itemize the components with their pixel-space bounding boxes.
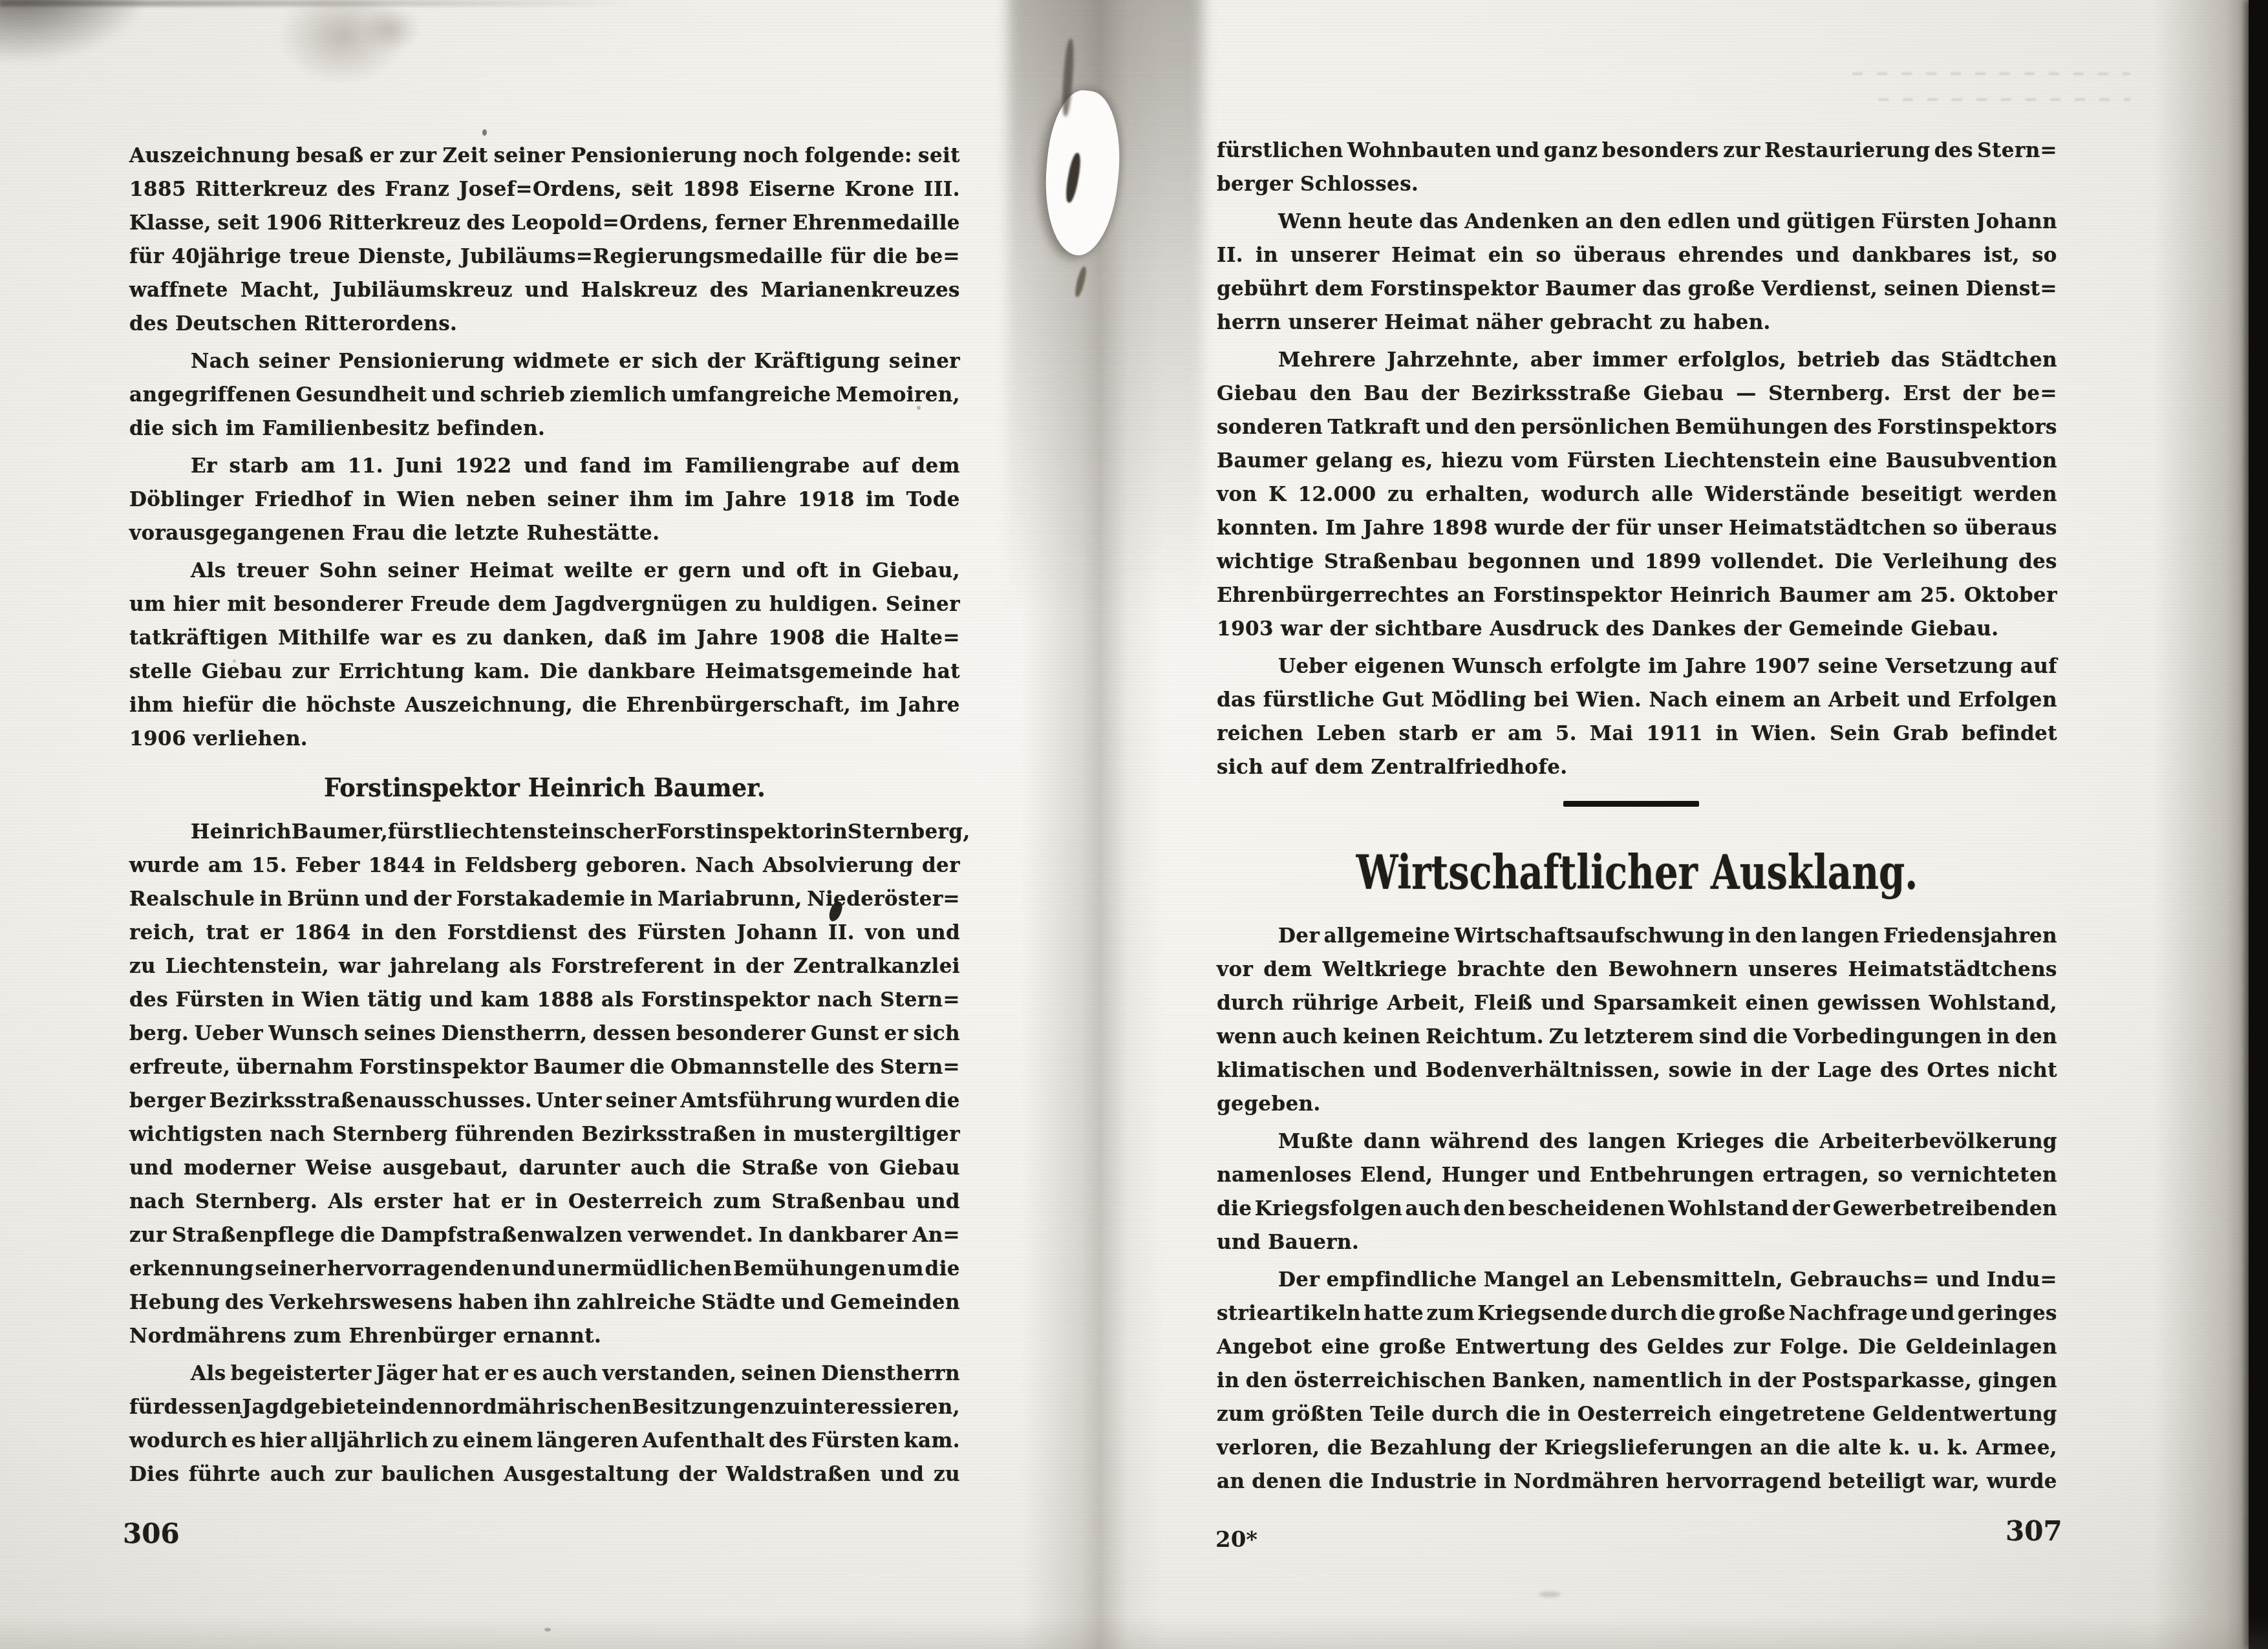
text-line: wichtigstennachSternbergführendenBezirks…: [129, 1118, 960, 1151]
word: zur: [292, 655, 329, 688]
word: Weise: [306, 1151, 372, 1185]
word: nach: [129, 1185, 185, 1218]
word: starb: [1399, 717, 1459, 750]
word: Kräftigung: [754, 345, 880, 378]
word: Industrie: [1371, 1465, 1477, 1498]
word: von: [865, 916, 905, 950]
word: des: [769, 1424, 808, 1458]
word: unseres: [1748, 953, 1838, 986]
word: Waldstraßen: [726, 1458, 871, 1491]
word: Gut: [1382, 683, 1424, 717]
word: Vorbedingungen: [1793, 1020, 1982, 1054]
text-line: Klasse,seit1906RitterkreuzdesLeopold=Ord…: [129, 206, 960, 240]
word: Straßenpflege: [172, 1218, 335, 1252]
text-line: erfreute,übernahmForstinspektorBaumerdie…: [129, 1050, 960, 1084]
word: Sein: [1830, 717, 1880, 750]
word: Ausgestaltung: [504, 1458, 669, 1491]
word: in: [379, 1390, 401, 1424]
word: Bezirksstraßenausschusses.: [209, 1084, 532, 1118]
word: letzterem: [1584, 1020, 1694, 1054]
word: 1864: [294, 916, 351, 950]
word: heute: [1348, 205, 1413, 239]
word: vernichteten: [1912, 1158, 2057, 1192]
word: Jahre: [899, 688, 960, 722]
word: des: [710, 273, 749, 307]
text-line: zumgrößtenTeiledurchdieinOesterreicheing…: [1217, 1398, 2057, 1431]
word: Ehrenbürgerrechtes: [1217, 579, 1449, 612]
paragraph: AlsbegeisterterJägerhateresauchverstande…: [129, 1357, 960, 1491]
word: Sternberg.: [195, 1185, 318, 1218]
word: große: [1379, 1330, 1446, 1364]
word: im: [685, 483, 714, 516]
word: zu: [775, 1390, 801, 1424]
paragraph: DerallgemeineWirtschaftsaufschwungindenl…: [1217, 919, 2057, 1121]
word: es: [231, 1424, 256, 1458]
word: Sternberg: [332, 1118, 447, 1151]
word: Straßenbau: [1324, 545, 1458, 579]
word: um: [888, 1252, 924, 1286]
word: betrieb: [1797, 343, 1880, 377]
word: er: [370, 139, 394, 173]
word: wichtige: [1217, 545, 1314, 579]
word: Pensionierung: [339, 345, 505, 378]
word: Der: [1278, 919, 1320, 953]
text-line: AlsbegeisterterJägerhateresauchverstande…: [129, 1357, 960, 1390]
word: in: [1256, 239, 1278, 272]
word: nach: [270, 1118, 325, 1151]
word: Wunsch: [268, 1017, 359, 1050]
printer-signature: 20*: [1215, 1527, 1257, 1553]
word: Josef=Ordens,: [459, 173, 623, 206]
word: Freude: [411, 588, 491, 621]
word: zum: [713, 1185, 761, 1218]
word: 1885: [129, 173, 186, 206]
word: nicht: [1998, 1054, 2057, 1087]
word: treue: [289, 240, 350, 273]
word: erhalten,: [1426, 478, 1530, 511]
word: Heimatstädtchen: [1729, 511, 1927, 545]
word: verstanden,: [603, 1357, 737, 1390]
word: noch: [743, 139, 798, 173]
word: den: [2015, 1020, 2057, 1054]
text-line: dasfürstlicheGutMödlingbeiWien.Nacheinem…: [1217, 683, 2057, 717]
word: Familiengrabe: [685, 449, 850, 483]
word: das: [1217, 683, 1256, 717]
word: zu: [934, 1458, 960, 1491]
word: Gunst: [811, 1017, 879, 1050]
word: Arbeiterbevölkerung: [1819, 1125, 2057, 1158]
word: in: [764, 1118, 786, 1151]
word: Als: [191, 554, 226, 588]
word: seiner: [494, 139, 565, 173]
word: Baumer: [1217, 444, 1307, 478]
word: moderner: [184, 1151, 295, 1185]
word: zur: [1733, 1330, 1771, 1364]
word: und: [781, 1286, 825, 1319]
word: für: [129, 240, 164, 273]
word: verloren,: [1217, 1431, 1320, 1465]
word: durch: [1610, 1297, 1678, 1330]
word: unserer: [1290, 239, 1379, 272]
word: Ehrenmedaille: [793, 206, 960, 240]
word: bescheidenen: [1508, 1192, 1665, 1226]
word: Wien.: [1576, 683, 1642, 717]
word: be=: [915, 240, 960, 273]
word: Ortes: [1927, 1054, 1990, 1087]
word: den: [1474, 410, 1516, 444]
gutter-crease-shadow: [1022, 0, 1164, 1649]
word: rührige: [1292, 986, 1379, 1020]
word: der: [707, 345, 745, 378]
word: auch: [1282, 1020, 1338, 1054]
word: starb: [230, 449, 289, 483]
text-line: wennauchkeinenReichtum.Zuletzteremsinddi…: [1217, 1020, 2057, 1054]
word: Als: [191, 1357, 226, 1390]
word: Geldes: [1647, 1330, 1724, 1364]
word: Eiserne: [749, 173, 835, 206]
word: Bodenverhältnissen,: [1426, 1054, 1660, 1087]
word: Giebau: [879, 1151, 960, 1185]
word: große: [1688, 272, 1755, 306]
word: Versetzung: [1885, 650, 2013, 683]
word: zu: [466, 621, 493, 655]
word: namenloses: [1217, 1158, 1352, 1192]
word: des: [1834, 410, 1872, 444]
word: einen: [1746, 986, 1809, 1020]
word: Gebrauchs=: [1790, 1263, 1929, 1297]
word: es: [513, 1357, 537, 1390]
word: berg.: [129, 1017, 189, 1050]
text-line: umhiermitbesondererFreudedemJagdvergnüge…: [129, 588, 960, 621]
word: ein: [1488, 239, 1524, 272]
word: gewissen: [1817, 986, 1921, 1020]
word: darunter: [519, 1151, 621, 1185]
word: huldigen.: [769, 588, 879, 621]
word: so: [1536, 239, 1561, 272]
word: Städtchen: [1941, 343, 2057, 377]
word: Obmannstelle: [670, 1050, 829, 1084]
word: Jäger: [376, 1357, 438, 1390]
word: Wohnbauten: [1347, 134, 1492, 167]
word: keinen: [1343, 1020, 1420, 1054]
text-line: fürstlichenWohnbautenundganzbesonderszur…: [1217, 134, 2057, 167]
word: danken,: [503, 621, 595, 655]
paragraph: UebereigenenWunscherfolgteimJahre1907sei…: [1217, 650, 2057, 784]
word: Geldentwertung: [1872, 1398, 2057, 1431]
word: interessieren,: [801, 1390, 960, 1424]
word: an: [1793, 683, 1821, 717]
word: 1907: [1754, 650, 1811, 683]
word: Dies: [129, 1458, 179, 1491]
word: ziemlich: [570, 378, 667, 412]
text-line: undmodernerWeiseausgebaut,darunterauchdi…: [129, 1151, 960, 1185]
word: seiner: [259, 345, 330, 378]
section-divider: [1563, 801, 1699, 807]
word: wurde: [1495, 511, 1565, 545]
text-line: RealschuleinBrünnundderForstakademieinMa…: [129, 882, 960, 916]
word: zu: [433, 1424, 459, 1458]
word: seiner: [547, 483, 618, 516]
word: dem: [912, 449, 960, 483]
word: werden: [1974, 478, 2057, 511]
page-number-left: 306: [123, 1518, 180, 1549]
word: zum: [1427, 1297, 1475, 1330]
word: ehrendes: [1678, 239, 1784, 272]
word: Nordmähren: [1514, 1465, 1659, 1498]
text-line: die sich im Familienbesitz befinden.: [129, 412, 960, 445]
text-line: vordemWeltkriegebrachtedenBewohnernunser…: [1217, 953, 2057, 986]
word: Mangel: [1484, 1263, 1570, 1297]
word: Angebot: [1217, 1330, 1312, 1364]
word: in: [1716, 717, 1738, 750]
word: gebührt: [1217, 272, 1309, 306]
text-line: AuszeichnungbesaßerzurZeitseinerPensioni…: [129, 139, 960, 173]
word: Aufenthalt: [643, 1424, 765, 1458]
word: Heimatstädtchens: [1848, 953, 2057, 986]
word: nordmährischen: [444, 1390, 632, 1424]
word: dankbarer: [788, 1218, 907, 1252]
word: Sohn: [319, 554, 378, 588]
word: auch: [542, 1357, 598, 1390]
word: immer: [1592, 343, 1667, 377]
word: hier: [260, 1424, 306, 1458]
word: Niederöster=: [807, 882, 960, 916]
word: er: [501, 1185, 525, 1218]
word: hervorragenden: [327, 1252, 511, 1286]
word: den: [395, 916, 437, 950]
word: Zentralkanzlei: [793, 950, 960, 983]
word: Andenken: [1464, 205, 1579, 239]
word: und: [1373, 1054, 1417, 1087]
word: besaß: [296, 139, 364, 173]
word: Stern=: [880, 1050, 960, 1084]
word: Dampfstraßenwalzen: [381, 1218, 623, 1252]
word: des: [835, 1050, 874, 1084]
text-line: und Bauern.: [1217, 1226, 2057, 1259]
text-line: sich auf dem Zentralfriedhofe.: [1217, 750, 2057, 784]
text-line: UebereigenenWunscherfolgteimJahre1907sei…: [1217, 650, 2057, 683]
word: zu: [129, 950, 156, 983]
word: des: [129, 983, 168, 1017]
text-line: sonderenTatkraftunddenpersönlichenBemühu…: [1217, 410, 2057, 444]
word: erfolgte: [1550, 650, 1642, 683]
word: 1844: [369, 849, 425, 882]
word: In: [758, 1218, 783, 1252]
text-line: wichtigeStraßenbaubegonnenund1899vollend…: [1217, 545, 2057, 579]
word: hatte: [1364, 1297, 1424, 1330]
word: Jahre: [1363, 511, 1424, 545]
word: das: [1642, 272, 1681, 306]
word: jahrelang: [390, 950, 500, 983]
ink-bleedthrough: [1852, 72, 2130, 75]
word: II.: [828, 916, 855, 950]
word: alljährlich: [310, 1424, 429, 1458]
word: Tatkraft: [1328, 410, 1420, 444]
word: Banken,: [1492, 1364, 1587, 1398]
word: Bezirksstraßen: [581, 1118, 756, 1151]
text-line: konnten.ImJahre1898wurdederfürunserHeima…: [1217, 511, 2057, 545]
word: in: [1987, 1020, 2010, 1054]
word: Ritterkreuz: [328, 206, 460, 240]
word: im: [860, 688, 889, 722]
word: den: [1464, 1192, 1506, 1226]
speck-artifact: [1539, 1591, 1561, 1597]
word: Johann: [736, 916, 817, 950]
word: Baumer: [533, 1050, 624, 1084]
word: Ritterkreuz: [195, 173, 327, 206]
word: führte: [189, 1458, 261, 1491]
text-line: herrn unserer Heimat näher gebracht zu h…: [1217, 306, 2057, 339]
word: 1918: [798, 483, 855, 516]
word: den: [1620, 205, 1662, 239]
word: längeren: [537, 1424, 639, 1458]
word: im: [866, 483, 895, 516]
word: an: [1576, 1263, 1604, 1297]
word: reichen: [1217, 717, 1303, 750]
word: Juni: [396, 449, 443, 483]
word: Im: [1325, 511, 1356, 545]
word: und: [1495, 134, 1539, 167]
word: Indu=: [1987, 1263, 2057, 1297]
word: ist,: [1984, 239, 2020, 272]
word: wurden: [836, 1084, 921, 1118]
word: während: [1431, 1125, 1529, 1158]
word: er: [1471, 717, 1495, 750]
word: Bausubvention: [1886, 444, 2057, 478]
text-line: andenendieIndustrieinNordmährenhervorrag…: [1217, 1465, 2057, 1498]
word: Liechtenstein: [1664, 444, 1821, 478]
text-line: indenösterreichischenBanken,namentlichin…: [1217, 1364, 2057, 1398]
word: Lage: [1817, 1054, 1872, 1087]
text-line: 1885RitterkreuzdesFranzJosef=Ordens,seit…: [129, 173, 960, 206]
word: und: [1907, 683, 1951, 717]
word: strieartikeln: [1217, 1297, 1361, 1330]
word: seit: [632, 173, 674, 206]
text-line: DiesführteauchzurbaulichenAusgestaltungd…: [129, 1458, 960, 1491]
word: Klasse,: [129, 206, 211, 240]
word: für: [129, 1390, 164, 1424]
word: die: [630, 1050, 665, 1084]
word: Forstreferent: [551, 950, 703, 983]
paragraph: MußtedannwährenddeslangenKriegesdieArbei…: [1217, 1125, 2057, 1259]
word: so: [2032, 239, 2057, 272]
word: auch: [270, 1458, 326, 1491]
word: führenden: [455, 1118, 575, 1151]
word: seiner: [606, 1084, 677, 1118]
text-line: wodurcheshieralljährlichzueinemlängerenA…: [129, 1424, 960, 1458]
word: tatkräftigen: [129, 621, 268, 655]
word: die: [925, 1084, 960, 1118]
word: ihm: [129, 688, 173, 722]
word: reich,: [129, 916, 195, 950]
word: österreichischen: [1294, 1364, 1486, 1398]
word: wenn: [1217, 1020, 1277, 1054]
text-line: wurdeam15.Feber1844inFeldsberggeboren.Na…: [129, 849, 960, 882]
word: Erfolgen: [1958, 683, 2057, 717]
text-line: GiebaudenBauderBezirksstraßeGiebau—Stern…: [1217, 377, 2057, 410]
text-line: MußtedannwährenddeslangenKriegesdieArbei…: [1217, 1125, 2057, 1158]
word: Kriegsende: [1477, 1297, 1608, 1330]
word: empfindliche: [1326, 1263, 1477, 1297]
word: neben: [466, 483, 536, 516]
word: und: [916, 1185, 960, 1218]
word: 1898: [683, 173, 740, 206]
word: III.: [924, 173, 960, 206]
text-line: AlstreuerSohnseinerHeimatweilteergernund…: [129, 554, 960, 588]
word: Forstakademie: [456, 882, 626, 916]
word: zu: [735, 588, 762, 621]
text-line: zurStraßenpflegedieDampfstraßenwalzenver…: [129, 1218, 960, 1252]
word: Heimat: [469, 554, 553, 588]
word: Dienstherrn: [821, 1357, 960, 1390]
word: seiner: [255, 1252, 326, 1286]
word: erfolglos,: [1678, 343, 1786, 377]
word: des: [588, 916, 626, 950]
text-line: tatkräftigenMithilfewareszudanken,daßimJ…: [129, 621, 960, 655]
word: Zeit: [443, 139, 488, 173]
word: Jubiläumskreuz: [332, 273, 513, 307]
paragraph: WennheutedasAndenkenandenedlenundgütigen…: [1217, 205, 2057, 339]
text-line: HeinrichBaumer,fürstliechtensteinscherFo…: [129, 815, 960, 849]
word: Leopold=Ordens,: [511, 206, 709, 240]
word: große: [1718, 1297, 1786, 1330]
word: Bau: [1364, 377, 1409, 410]
word: Leben: [1316, 717, 1385, 750]
word: Jubiläums=Regierungsmedaille: [460, 240, 823, 273]
word: an: [1760, 1431, 1788, 1465]
word: besonders: [1602, 134, 1719, 167]
word: seinen: [742, 1357, 817, 1390]
word: —: [1736, 377, 1756, 410]
word: Wirtschaftsaufschwung: [1454, 919, 1724, 953]
word: und: [1911, 1297, 1955, 1330]
word: wurde: [129, 849, 200, 882]
word: eigenen: [1354, 650, 1446, 683]
word: des: [225, 1286, 264, 1319]
word: im: [1649, 650, 1678, 683]
word: der: [922, 849, 960, 882]
word: seinen: [1884, 272, 1959, 306]
word: so: [1878, 1158, 1903, 1192]
word: Wohlstand,: [1929, 986, 2057, 1020]
word: stelle: [129, 655, 192, 688]
word: Wunsch: [1452, 650, 1543, 683]
word: Forstinspektor: [1493, 579, 1662, 612]
paragraph: AlstreuerSohnseinerHeimatweilteergernund…: [129, 554, 960, 756]
text-line: angegriffenenGesundheitundschriebziemlic…: [129, 378, 960, 412]
word: befindet: [1962, 717, 2057, 750]
smudge-artifact: [362, 6, 420, 52]
word: und: [880, 1458, 924, 1491]
word: und: [525, 273, 569, 307]
word: Tode: [906, 483, 960, 516]
word: die: [1506, 1398, 1541, 1431]
word: hiezu: [1441, 444, 1503, 478]
word: unser: [1657, 511, 1722, 545]
word: Grab: [1893, 717, 1949, 750]
word: Giebau: [1217, 377, 1298, 410]
word: in: [1740, 1054, 1763, 1087]
word: seines: [364, 1017, 436, 1050]
text-line: klimatischenundBodenverhältnissen,sowiei…: [1217, 1054, 2057, 1087]
word: Fleiß: [1474, 986, 1533, 1020]
paragraph: DerempfindlicheMangelanLebensmitteln,Geb…: [1217, 1263, 2057, 1498]
bottom-edge-shade: [0, 1616, 2268, 1649]
word: sind: [1699, 1020, 1748, 1054]
word: allgemeine: [1323, 919, 1450, 953]
word: übernahm: [236, 1050, 353, 1084]
word: des: [2018, 545, 2057, 579]
